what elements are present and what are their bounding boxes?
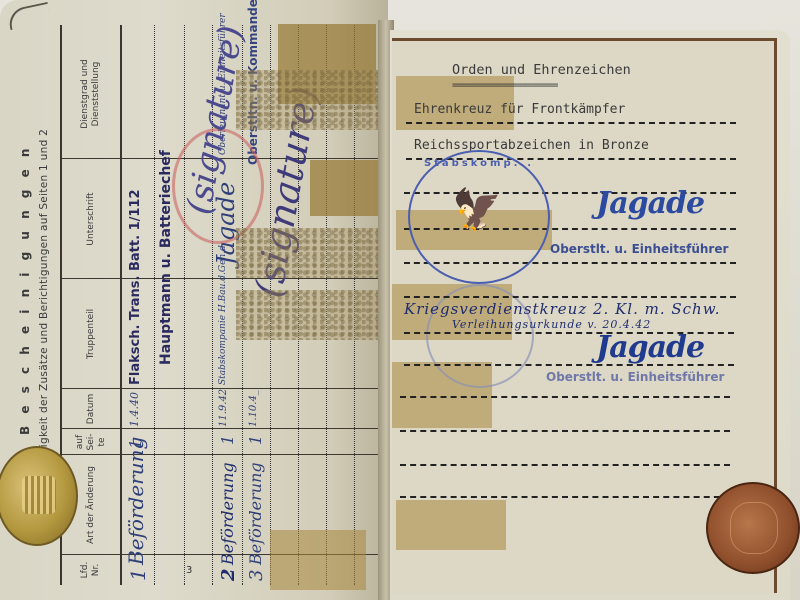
row3-art: Beförderung (246, 462, 265, 565)
coin-motif (22, 476, 56, 514)
tape-strip (270, 530, 366, 590)
award-entry-3: Kriegsverdienstkreuz 2. Kl. m. Schw. (404, 300, 721, 318)
header-rule (120, 25, 122, 585)
tape-residue (236, 228, 380, 278)
heading-underline: ===================== (452, 80, 557, 91)
ruled-line (404, 296, 736, 298)
award-entry-2: Reichssportabzeichen in Bronze (414, 138, 649, 153)
awards-heading: Orden und Ehrenzeichen (452, 62, 631, 78)
row1-unit-stamp: Flaksch. Trans. Batt. 1/112 (128, 189, 143, 385)
tape-residue (236, 70, 380, 130)
ruled-line (400, 430, 730, 432)
tape-strip (310, 160, 380, 216)
page-number: 3 (186, 565, 192, 576)
row3-date: 1.10.4_ (248, 390, 259, 427)
row2-number: 2 (218, 568, 239, 581)
ruled-line (400, 496, 730, 498)
col-datum: Datum (66, 389, 116, 429)
left-page-title: B e s c h e i n i g u n g e n (18, 35, 32, 435)
eagle-icon: 🦅 (452, 190, 502, 230)
row-rule (184, 25, 185, 585)
photo-background: B e s c h e i n i g u n g e n über die R… (0, 0, 800, 600)
row2-art: Beförderung (218, 462, 237, 565)
ruled-line (404, 364, 734, 366)
col-lfd-nr: Lfd. Nr. (66, 555, 116, 585)
award-entry-1: Ehrenkreuz für Frontkämpfer (414, 102, 625, 117)
signature-1: Jagade (596, 186, 704, 221)
signature-1-title: Oberstlt. u. Einheitsführer (550, 242, 728, 256)
col-auf-seite: auf Sei-te (66, 429, 116, 455)
tape-strip (396, 500, 506, 550)
stamp-ring-text: Stabskomp... (410, 158, 548, 169)
signature-2-title: Oberstlt. u. Einheitsführer (546, 370, 724, 384)
unit-round-stamp: Stabskomp... 🦅 (408, 150, 550, 284)
col-unterschrift: Unterschrift (66, 159, 116, 279)
row2-date: 11.9.42 (218, 389, 229, 427)
copper-coin (706, 482, 800, 574)
row3-number: 3 (246, 570, 267, 581)
col-truppenteil: Truppenteil (66, 279, 116, 389)
row2-page: 1 (218, 435, 237, 445)
row1-date: 1.4.40 (128, 392, 141, 427)
col-dienstgrad: Dienstgrad und Dienststellung (66, 29, 116, 159)
row-rule (154, 25, 155, 585)
coin-motif (730, 502, 778, 554)
ruled-line (400, 464, 730, 466)
row1-number: 1 (126, 568, 150, 581)
row3-page: 1 (246, 435, 265, 445)
signature-2: Jagade (596, 330, 704, 365)
tape-residue (236, 290, 380, 340)
row1-art: Beförderung (124, 437, 148, 565)
ruled-line (400, 396, 730, 398)
ruled-line (406, 122, 736, 124)
row1-page: 1 (126, 439, 145, 449)
